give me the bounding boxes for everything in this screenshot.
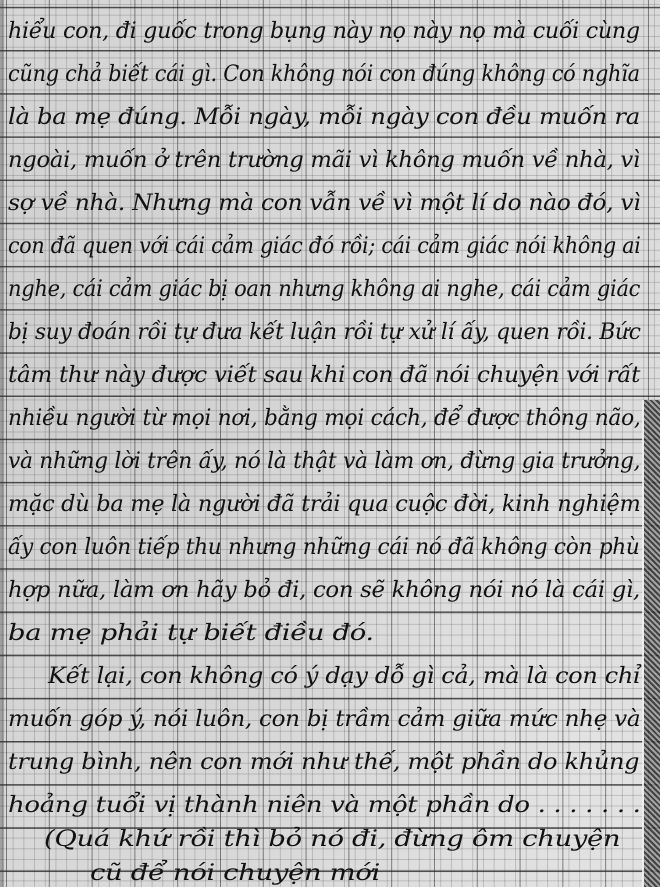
text-line-4: ngoài, muốn ở trên trường mãi vì không m…	[8, 139, 640, 182]
text-line-13: ấy con luôn tiếp thu nhưng những cái nó …	[8, 526, 640, 569]
text-line-12: mặc dù ba mẹ là người đã trải qua cuộc đ…	[8, 483, 640, 526]
text-line-8: bị suy đoán rồi tự đưa kết luận rồi tự x…	[8, 311, 641, 354]
text-line-9: tâm thư này được viết sau khi con đã nói…	[8, 354, 640, 397]
text-line-3: là ba mẹ đúng. Mỗi ngày, mỗi ngày con đề…	[8, 96, 640, 139]
text-line-2: cũng chả biết cái gì. Con không nói con …	[8, 53, 640, 96]
text-line-16: Kết lại, con không có ý dạy dỗ gì cả, mà…	[48, 655, 640, 698]
spiral-binding-edge	[642, 400, 660, 887]
text-line-14: hợp nữa, làm ơn hãy bỏ đi, con sẽ không …	[8, 569, 640, 612]
text-line-7: nghe, cái cảm giác bị oan nhưng không ai…	[8, 268, 640, 311]
text-line-15: ba mẹ phải tự biết điều đó.	[8, 612, 374, 655]
page-left-edge	[0, 0, 4, 887]
text-line-6: con đã quen với cái cảm giác đó rồi; cái…	[8, 225, 641, 268]
text-line-5: sợ về nhà. Nhưng mà con vẫn về vì một lí…	[8, 182, 640, 225]
text-line-18: trung bình, nên con mới như thế, một phầ…	[8, 741, 639, 784]
notebook-page: hiểu con, đi guốc trong bụng này nọ này …	[0, 0, 660, 887]
text-line-21: cũ để nói chuyện mới	[90, 852, 380, 887]
text-line-11: và những lời trên ấy, nó là thật và làm …	[8, 440, 640, 483]
text-line-10: nhiều người từ mọi nơi, bằng mọi cách, đ…	[8, 397, 641, 440]
text-line-1: hiểu con, đi guốc trong bụng này nọ này …	[8, 10, 640, 53]
text-line-17: muốn góp ý, nói luôn, con bị trầm cảm gi…	[8, 698, 640, 741]
